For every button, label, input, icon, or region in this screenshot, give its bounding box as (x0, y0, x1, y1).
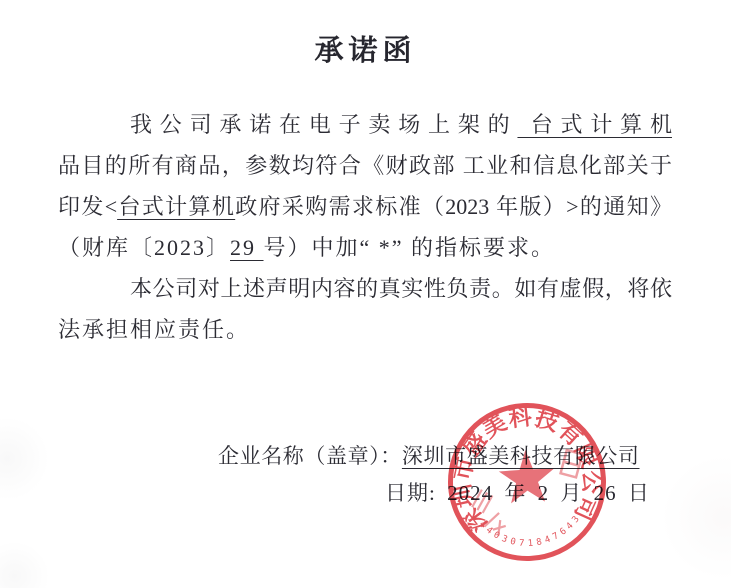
signature-date-line: 日期: 2024 年 2 月 26 日 (385, 477, 650, 507)
body-text-segment: 我公司承诺在电子卖场上架的 (130, 112, 517, 137)
body-text-segment: 政府采购需求标准（2023 年版）>的通知》 (235, 194, 672, 219)
date-value: 2024 年 2 月 26 日 (447, 481, 650, 505)
body-text-segment: 号）中加“ *” 的指标要求。 (264, 235, 556, 260)
document-title: 承诺函 (0, 28, 731, 69)
body-text-segment: 本公司对上述声明内容的真实性负责。如有虚假，将依 (130, 276, 672, 301)
body-line: 法承担相应责任。 (58, 309, 672, 350)
body-text-segment: 法承担相应责任。 (58, 317, 250, 342)
company-label: 企业名称（盖章）： (218, 444, 402, 468)
body-text-segment: 印发< (58, 194, 117, 219)
body-text-segment: （财库〔2023〕 (58, 235, 230, 260)
document-body: 我公司承诺在电子卖场上架的 台式计算机品目的所有商品，参数均符合《财政部 工业和… (58, 104, 672, 350)
underlined-text: 台式计算机 (517, 112, 672, 137)
signature-company-line: 企业名称（盖章）：深圳市盛美科技有限公司 (218, 440, 640, 470)
body-line: 我公司承诺在电子卖场上架的 台式计算机 (58, 104, 672, 145)
underlined-text: 台式计算机 (117, 194, 235, 219)
body-line: 品目的所有商品，参数均符合《财政部 工业和信息化部关于 (58, 145, 672, 186)
body-line: （财库〔2023〕29 号）中加“ *” 的指标要求。 (58, 227, 672, 268)
seal-serial-number: 4403071847643 (476, 513, 583, 551)
body-text-segment: 品目的所有商品，参数均符合《财政部 工业和信息化部关于 (58, 153, 672, 178)
date-label: 日期: (385, 481, 436, 505)
body-line: 印发<台式计算机政府采购需求标准（2023 年版）>的通知》 (58, 186, 672, 227)
body-line: 本公司对上述声明内容的真实性负责。如有虚假，将依 (58, 268, 672, 309)
company-name: 深圳市盛美科技有限公司 (402, 444, 640, 468)
document-page: 承诺函 我公司承诺在电子卖场上架的 台式计算机品目的所有商品，参数均符合《财政部… (0, 0, 731, 588)
underlined-text: 29 (230, 235, 264, 260)
